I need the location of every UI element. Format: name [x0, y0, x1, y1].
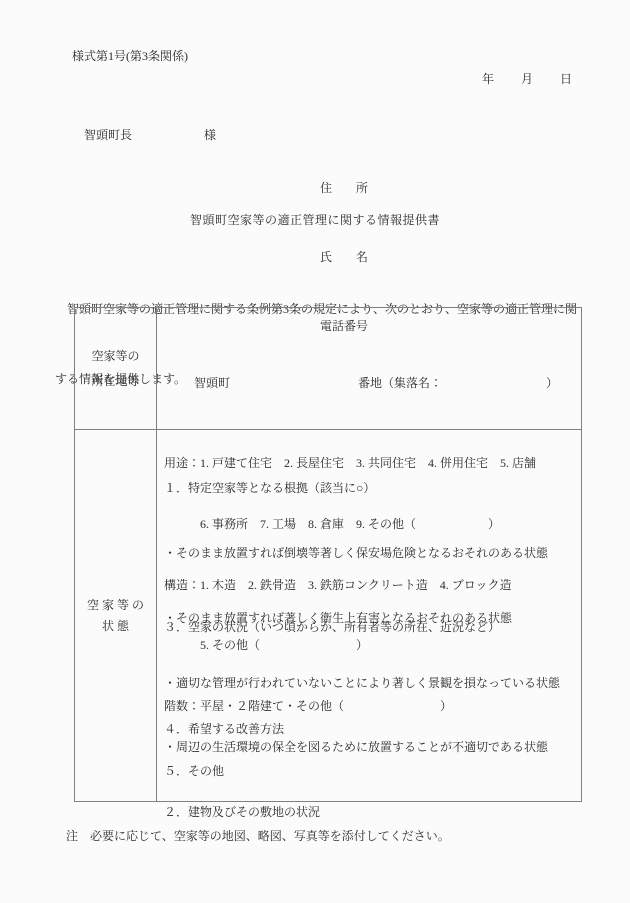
addressee-name: 智頭町長 [84, 128, 132, 142]
addressee-suffix: 様 [204, 128, 216, 142]
row2-header-cell: 空 家 等 の 状 態 [75, 430, 157, 801]
table-row-location: 空家等の 所在地等 智頭町番地（集落名：） 用途：1. 戸建て住宅 2. 長屋住… [75, 308, 581, 430]
condition-item-3: ３．空家の状況（いつ頃からか、所有者等の所在、近況など） [164, 618, 500, 635]
row1-header-line2: 所在地等 [91, 369, 139, 394]
document-page: 様式第1号(第3条関係) 年 月 日 智頭町長様 住 所 氏 名 電話番号 智頭… [0, 0, 630, 903]
condition-item-2: ２．建物及びその敷地の状況 [164, 802, 560, 824]
row1-header-line1: 空家等の [91, 344, 139, 369]
town-banchi-line: 智頭町番地（集落名：） [164, 352, 575, 413]
form-table: 空家等の 所在地等 智頭町番地（集落名：） 用途：1. 戸建て住宅 2. 長屋住… [74, 307, 582, 802]
attachment-note: 注 必要に応じて、空家等の地図、略図、写真等を添付してください。 [66, 827, 450, 844]
banchi-label: 番地（集落名： [358, 373, 442, 393]
condition-item-1: １．特定空家等となる根拠（該当に○） [164, 478, 560, 500]
banchi-close-paren: ） [546, 373, 558, 393]
document-title: 智頭町空家等の適正管理に関する情報提供書 [0, 211, 630, 228]
addressee-line: 智頭町長様 [72, 111, 216, 158]
condition-item-5: ５．その他 [164, 762, 224, 779]
row2-content-cell: １．特定空家等となる根拠（該当に○） ・そのまま放置すれば倒壊等著しく保安場危険… [157, 430, 581, 801]
row2-header-line2: 状 態 [102, 616, 129, 637]
form-number: 様式第1号(第3条関係) [72, 47, 188, 64]
row1-header-cell: 空家等の 所在地等 [75, 308, 157, 429]
town-label: 智頭町 [194, 373, 230, 393]
date-line: 年 月 日 [482, 70, 573, 87]
row2-header-line1: 空 家 等 の [87, 595, 144, 616]
condition-bullet-1: ・そのまま放置すれば倒壊等著しく保安場危険となるおそれのある状態 [164, 543, 560, 565]
condition-item-4: ４．希望する改善方法 [164, 720, 284, 737]
table-row-condition: 空 家 等 の 状 態 １．特定空家等となる根拠（該当に○） ・そのまま放置すれ… [75, 430, 581, 801]
condition-bullet-3: ・適切な管理が行われていないことにより著しく景観を損なっている状態 [164, 673, 560, 695]
condition-top-block: １．特定空家等となる根拠（該当に○） ・そのまま放置すれば倒壊等著しく保安場危険… [164, 435, 560, 867]
address-label: 住 所 [320, 177, 368, 200]
condition-bullet-4: ・周辺の生活環境の保全を図るために放置することが不適切である状態 [164, 737, 560, 759]
row1-content-cell: 智頭町番地（集落名：） 用途：1. 戸建て住宅 2. 長屋住宅 3. 共同住宅 … [157, 308, 581, 429]
